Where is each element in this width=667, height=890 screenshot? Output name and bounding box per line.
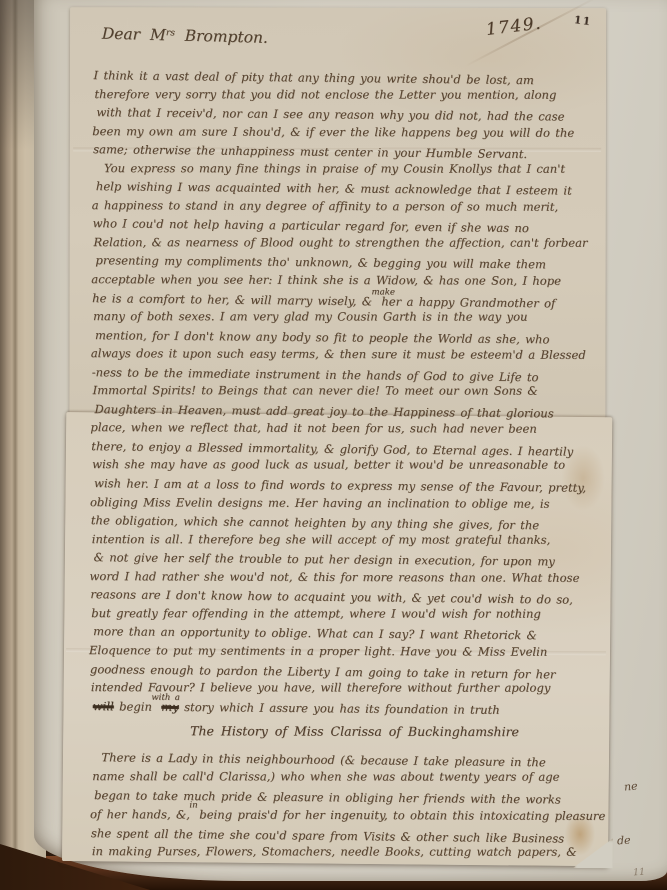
line-segment: he is a comfort to her, & will marry wis… bbox=[92, 291, 377, 308]
page-number: 11 bbox=[573, 14, 592, 28]
text-line: always does it upon such easy terms, & t… bbox=[91, 346, 606, 366]
text-line: wish she may have as good luck as usual,… bbox=[92, 458, 607, 477]
margin-note: de bbox=[617, 834, 631, 848]
story-paragraph: There is a Lady in this neighbourhood (&… bbox=[91, 750, 607, 866]
text-line: been my own am sure I shou'd, & if ever … bbox=[92, 124, 607, 144]
year-annotation: 1749. bbox=[485, 14, 543, 40]
salutation-prefix: Dear M bbox=[102, 25, 166, 45]
salutation-name: Brompton. bbox=[175, 26, 269, 46]
text-line: Immortal Spirits! to Beings that can nev… bbox=[93, 383, 608, 402]
margin-note: ne bbox=[623, 779, 638, 793]
text-line: obliging Miss Evelin designs me. Her hav… bbox=[90, 495, 605, 515]
letter-content: 1749. 11 Dear Mrs Brompton. I think it a… bbox=[63, 6, 616, 865]
text-line-amended: will begin with amy story which I assure… bbox=[93, 699, 608, 722]
salutation-superscript: rs bbox=[166, 28, 175, 38]
story-heading: The History of Miss Clarissa of Buckingh… bbox=[64, 723, 612, 739]
text-line: You express so many fine things in prais… bbox=[94, 161, 609, 180]
inserted-words: with a bbox=[151, 692, 180, 702]
text-line: acceptable when you see her: I think she… bbox=[91, 272, 606, 292]
inserted-word: make bbox=[371, 287, 395, 297]
text-line: Relation, & as nearness of Blood ought t… bbox=[94, 235, 609, 254]
line-segment: story which I assure you has its foundat… bbox=[179, 700, 500, 717]
text-line: name shall be call'd Clarissa,) who when… bbox=[92, 769, 607, 789]
under-page-number: 11 bbox=[633, 867, 646, 879]
text-line: word I had rather she wou'd not, & this … bbox=[89, 569, 604, 589]
text-line: Eloquence to put my sentiments in a prop… bbox=[89, 643, 604, 663]
text-line-with-insertion: of her hands, &, inbeing prais'd for her… bbox=[90, 807, 605, 828]
text-line: intention is all. I therefore beg she wi… bbox=[92, 532, 607, 551]
line-segment: of her hands, &, bbox=[90, 807, 195, 821]
text-line: therefore very sorry that you did not en… bbox=[94, 87, 609, 106]
photo-of-letter: 1749. 11 Dear Mrs Brompton. I think it a… bbox=[0, 0, 667, 890]
line-segment: being prais'd for her ingenuity, to obta… bbox=[199, 807, 605, 822]
letter-document: 1749. 11 Dear Mrs Brompton. I think it a… bbox=[63, 6, 616, 865]
letter-body: I think it a vast deal of pity that any … bbox=[90, 68, 609, 720]
text-line: but greatly fear offending in the attemp… bbox=[91, 606, 606, 625]
inserted-word: in bbox=[189, 800, 197, 810]
line-segment: her a happy Grandmother of bbox=[381, 294, 555, 310]
text-line: a happiness to stand in any degree of af… bbox=[92, 198, 607, 218]
text-line: place, when we reflect that, had it not … bbox=[90, 421, 605, 441]
text-line: in making Purses, Flowers, Stomachers, n… bbox=[92, 845, 607, 865]
text-line: many of both sexes. I am very glad my Co… bbox=[93, 309, 608, 328]
struck-word: will bbox=[93, 699, 114, 713]
salutation: Dear Mrs Brompton. bbox=[102, 25, 269, 47]
